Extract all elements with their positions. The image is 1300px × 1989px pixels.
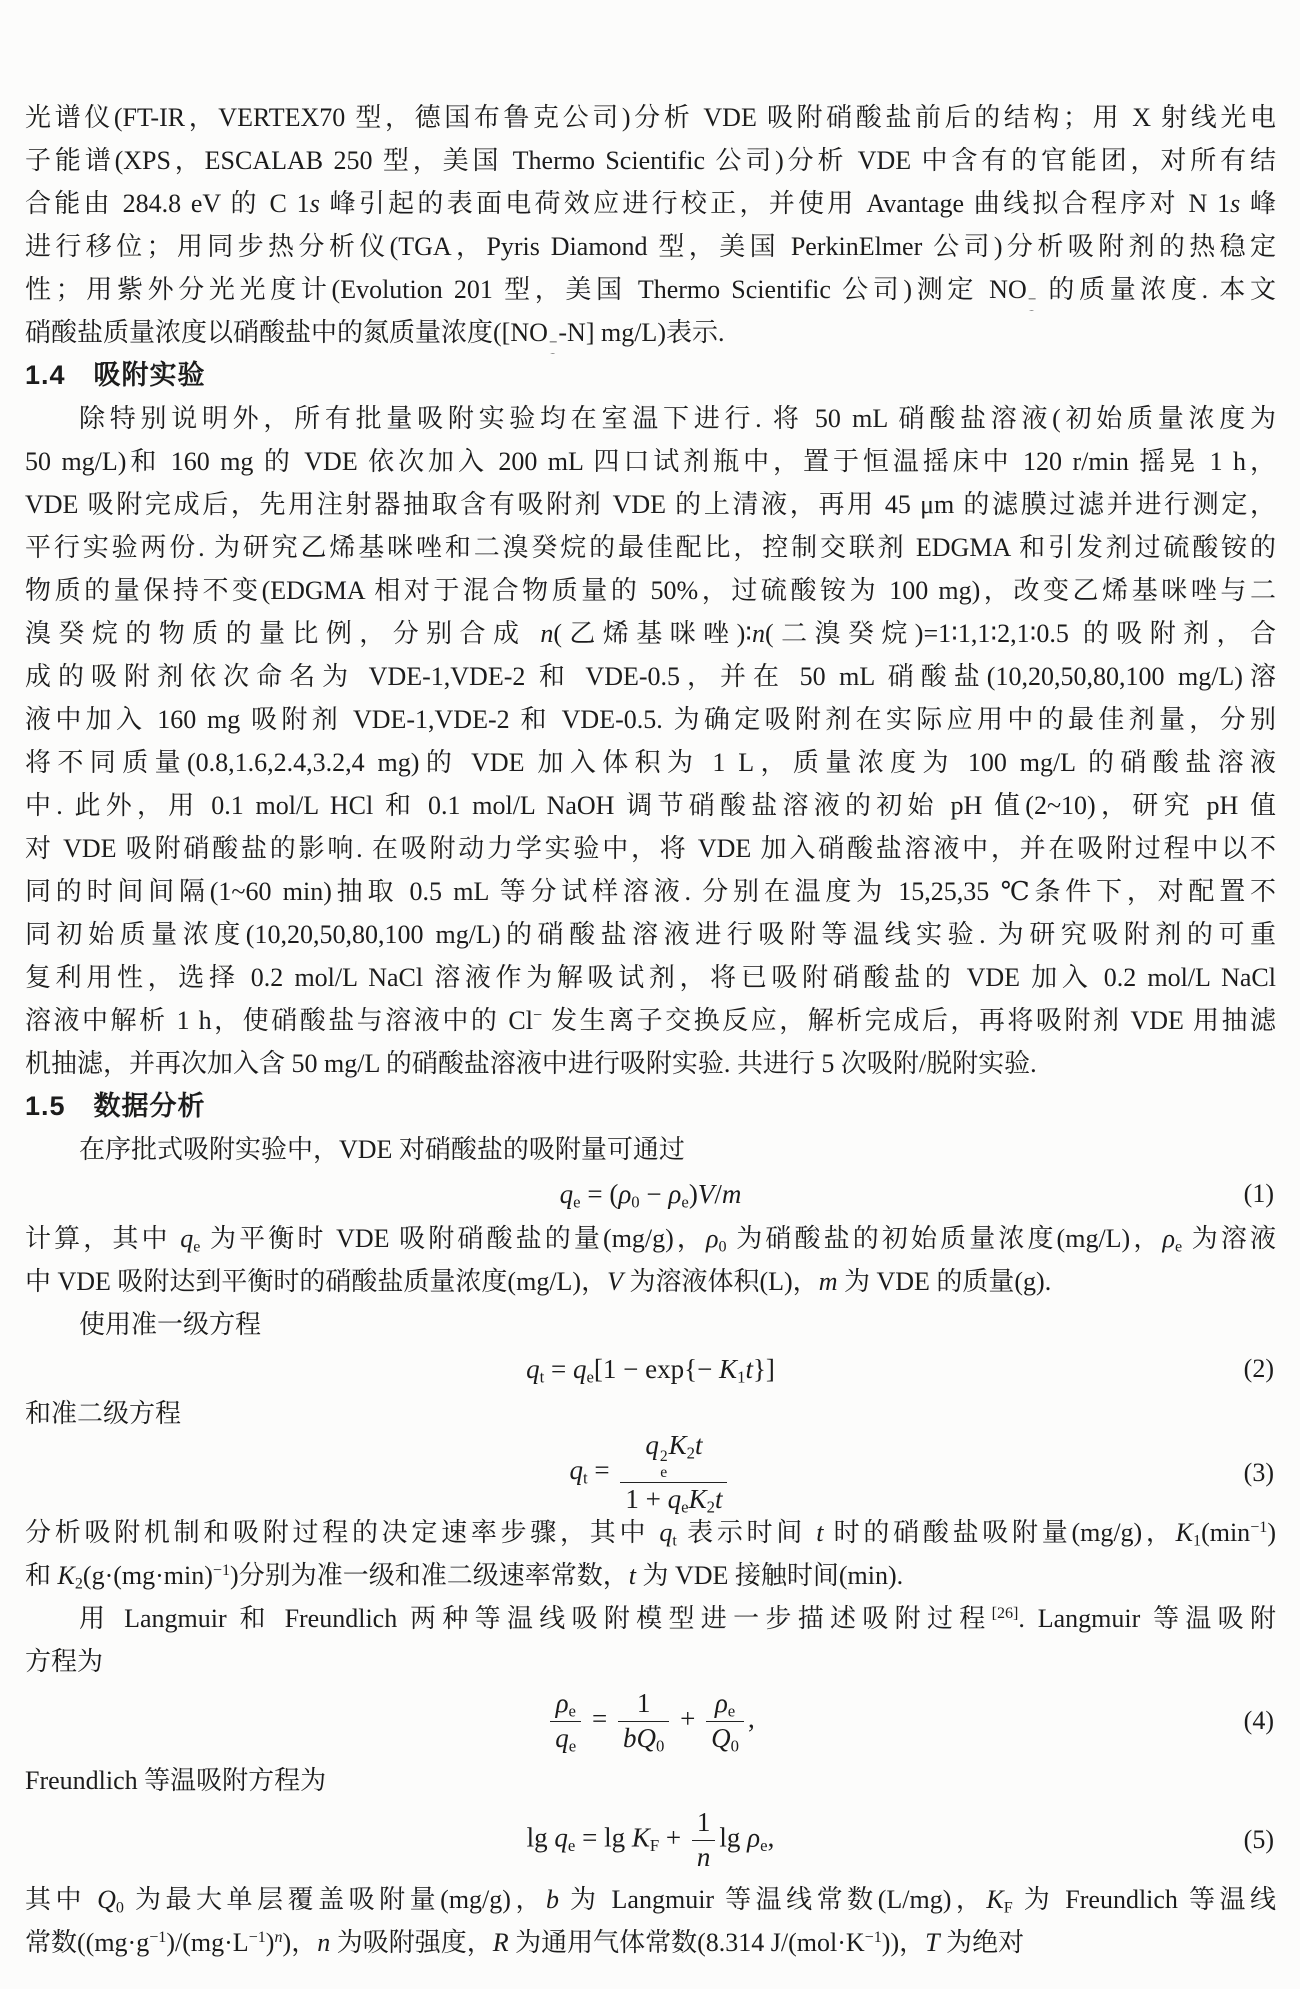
display-equation: qe = (ρ0 − ρe)V/m(1): [25, 1171, 1276, 1217]
text-line: 和 K2(g·(mg·min)−1)分别为准一级和准二级速率常数，t 为 VDE…: [25, 1554, 1276, 1597]
text-line: VDE 吸附完成后，先用注射器抽取含有吸附剂 VDE 的上清液，再用 45 μm…: [25, 483, 1276, 526]
text-line: 光谱仪(FT-IR，VERTEX70 型，德国布鲁克公司)分析 VDE 吸附硝酸…: [25, 96, 1276, 139]
text-line: 液中加入 160 mg 吸附剂 VDE-1,VDE-2 和 VDE-0.5. 为…: [25, 698, 1276, 741]
text-line: 合能由 284.8 eV 的 C 1s 峰引起的表面电荷效应进行校正，并使用 A…: [25, 182, 1276, 225]
text-line: 50 mg/L)和 160 mg 的 VDE 依次加入 200 mL 四口试剂瓶…: [25, 440, 1276, 483]
text-line: 子能谱(XPS，ESCALAB 250 型，美国 Thermo Scientif…: [25, 139, 1276, 182]
text-line: 复利用性，选择 0.2 mol/L NaCl 溶液作为解吸试剂，将已吸附硝酸盐的…: [25, 956, 1276, 999]
text-line: 物质的量保持不变(EDGMA 相对于混合物质量的 50%，过硫酸铵为 100 m…: [25, 569, 1276, 612]
text-line: 平行实验两份. 为研究乙烯基咪唑和二溴癸烷的最佳配比，控制交联剂 EDGMA 和…: [25, 526, 1276, 569]
text-line: 在序批式吸附实验中，VDE 对硝酸盐的吸附量可通过: [25, 1128, 1276, 1171]
page-body: 光谱仪(FT-IR，VERTEX70 型，德国布鲁克公司)分析 VDE 吸附硝酸…: [25, 96, 1276, 1964]
text-line: 常数((mg·g−1)/(mg·L−1)n)，n 为吸附强度，R 为通用气体常数…: [25, 1921, 1276, 1964]
document-page: 光谱仪(FT-IR，VERTEX70 型，德国布鲁克公司)分析 VDE 吸附硝酸…: [0, 0, 1300, 1989]
text-line: 对 VDE 吸附硝酸盐的影响. 在吸附动力学实验中，将 VDE 加入硝酸盐溶液中…: [25, 827, 1276, 870]
equation-content: qe = (ρ0 − ρe)V/m: [560, 1179, 742, 1210]
equation-content: lg qe = lg KF + 1nlg ρe,: [527, 1806, 775, 1875]
text-line: 除特别说明外，所有批量吸附实验均在室温下进行. 将 50 mL 硝酸盐溶液(初始…: [25, 397, 1276, 440]
text-line: 同初始质量浓度(10,20,50,80,100 mg/L)的硝酸盐溶液进行吸附等…: [25, 913, 1276, 956]
display-equation: qt = q2eK2t1 + qeK2t(3): [25, 1435, 1276, 1511]
section-heading: 1.4 吸附实验: [25, 354, 1276, 397]
text-line: 用 Langmuir 和 Freundlich 两种等温线吸附模型进一步描述吸附…: [25, 1597, 1276, 1640]
equation-number: (4): [1244, 1706, 1274, 1736]
equation-content: ρeqe = 1bQ0 + ρeQ0,: [546, 1687, 754, 1756]
equation-number: (1): [1244, 1179, 1274, 1209]
text-line: 分析吸附机制和吸附过程的决定速率步骤，其中 qt 表示时间 t 时的硝酸盐吸附量…: [25, 1511, 1276, 1554]
text-line: 硝酸盐质量浓度以硝酸盐中的氮质量浓度([NO−3-N] mg/L)表示.: [25, 311, 1276, 354]
text-line: 同的时间间隔(1~60 min)抽取 0.5 mL 等分试样溶液. 分别在温度为…: [25, 870, 1276, 913]
display-equation: ρeqe = 1bQ0 + ρeQ0,(4): [25, 1683, 1276, 1759]
text-line: 计算，其中 qe 为平衡时 VDE 吸附硝酸盐的量(mg/g)，ρ0 为硝酸盐的…: [25, 1217, 1276, 1260]
text-line: 方程为: [25, 1640, 1276, 1683]
text-line: Freundlich 等温吸附方程为: [25, 1759, 1276, 1802]
equation-number: (2): [1244, 1354, 1274, 1384]
text-line: 性；用紫外分光光度计(Evolution 201 型，美国 Thermo Sci…: [25, 268, 1276, 311]
text-line: 使用准一级方程: [25, 1303, 1276, 1346]
equation-number: (3): [1244, 1458, 1274, 1488]
equation-content: qt = qe[1 − exp{− K1t}]: [526, 1354, 775, 1385]
text-line: 溴癸烷的物质的量比例，分别合成 n(乙烯基咪唑)∶n(二溴癸烷)=1∶1,1∶2…: [25, 612, 1276, 655]
text-line: 进行移位；用同步热分析仪(TGA，Pyris Diamond 型，美国 Perk…: [25, 225, 1276, 268]
text-line: 其中 Q0 为最大单层覆盖吸附量(mg/g)，b 为 Langmuir 等温线常…: [25, 1878, 1276, 1921]
text-line: 中. 此外，用 0.1 mol/L HCl 和 0.1 mol/L NaOH 调…: [25, 784, 1276, 827]
display-equation: qt = qe[1 − exp{− K1t}](2): [25, 1346, 1276, 1392]
text-line: 中 VDE 吸附达到平衡时的硝酸盐质量浓度(mg/L)，V 为溶液体积(L)，m…: [25, 1260, 1276, 1303]
text-line: 将不同质量(0.8,1.6,2.4,3.2,4 mg)的 VDE 加入体积为 1…: [25, 741, 1276, 784]
section-heading: 1.5 数据分析: [25, 1085, 1276, 1128]
equation-content: qt = q2eK2t1 + qeK2t: [570, 1429, 732, 1516]
text-line: 成的吸附剂依次命名为 VDE-1,VDE-2 和 VDE-0.5，并在 50 m…: [25, 655, 1276, 698]
text-line: 机抽滤，并再次加入含 50 mg/L 的硝酸盐溶液中进行吸附实验. 共进行 5 …: [25, 1042, 1276, 1085]
equation-number: (5): [1244, 1825, 1274, 1855]
display-equation: lg qe = lg KF + 1nlg ρe,(5): [25, 1802, 1276, 1878]
text-line: 溶液中解析 1 h，使硝酸盐与溶液中的 Cl− 发生离子交换反应，解析完成后，再…: [25, 999, 1276, 1042]
